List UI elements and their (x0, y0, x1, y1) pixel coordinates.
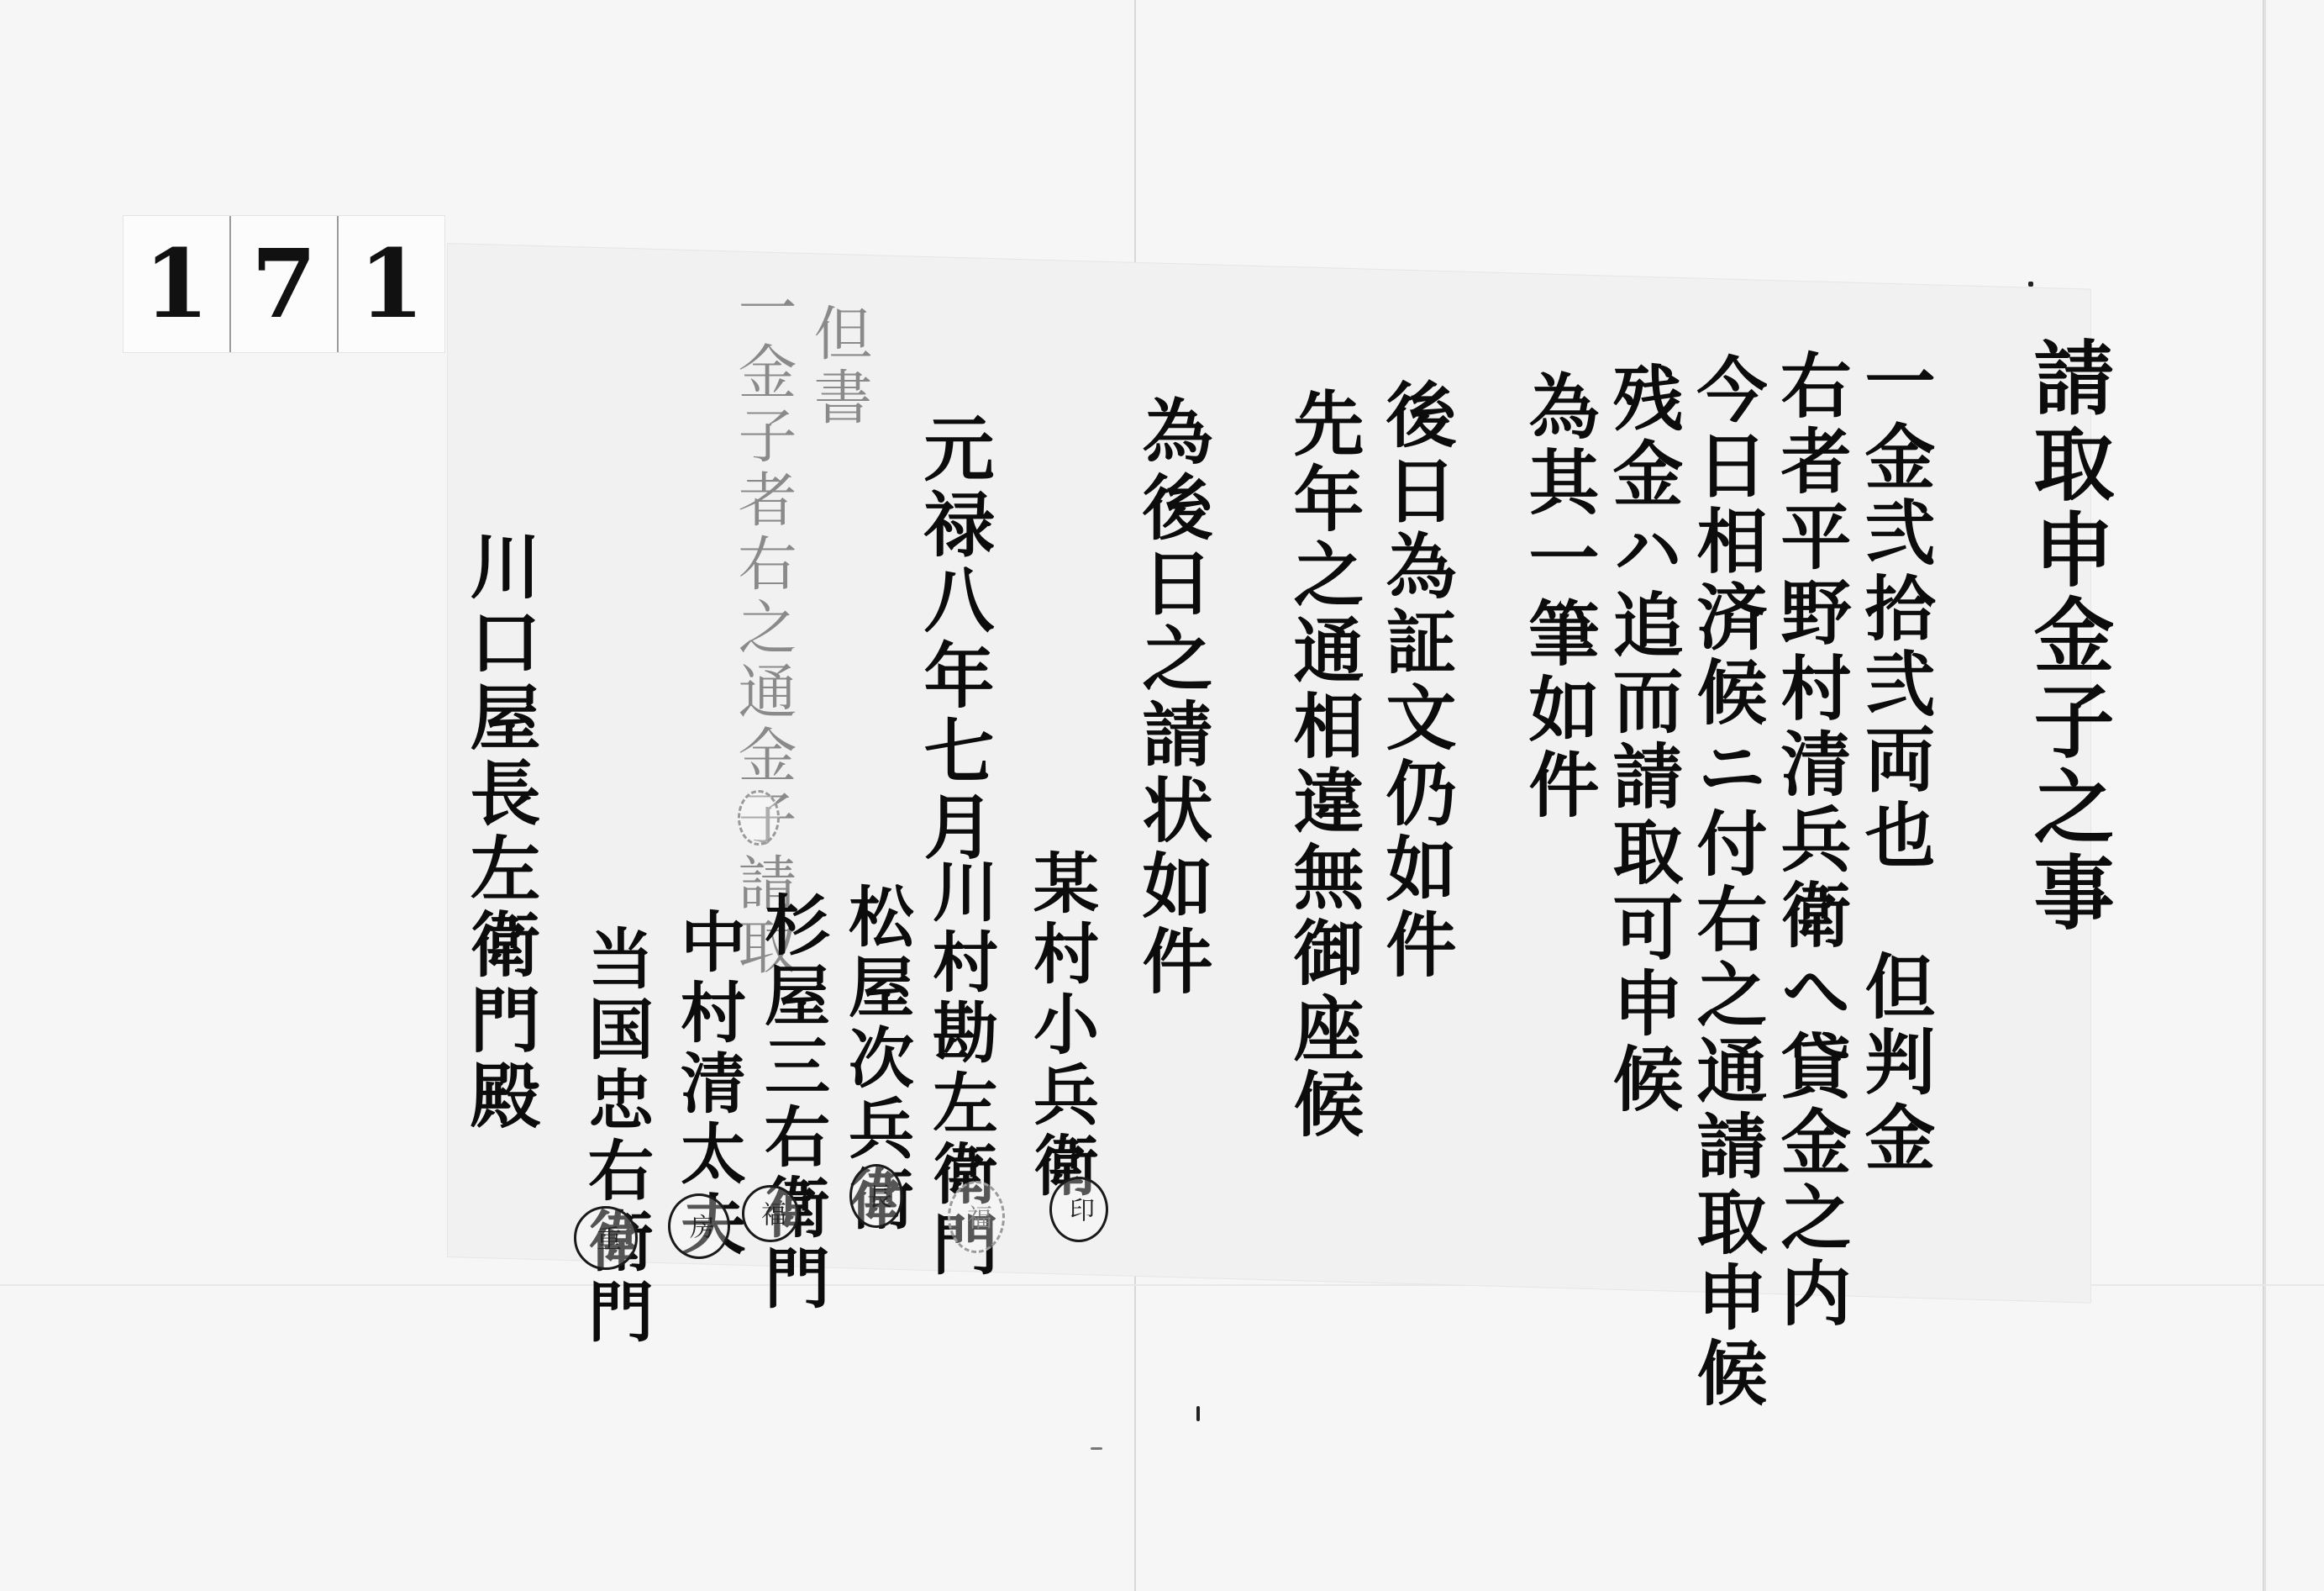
body-line: 今日相済候ニ付右之通請取申候 (1691, 353, 1762, 1412)
body-line: 先年之通相違無御座候 (1288, 387, 1359, 1143)
document-title: 請取申金子之事 (2027, 336, 2108, 936)
ink-speck (2028, 282, 2033, 287)
body-line: 後日為証文仍如件 (1380, 378, 1451, 983)
body-line: 残金ハ追而請取可申候 (1607, 361, 1678, 1118)
seal-stamp: 房 (668, 1193, 730, 1259)
seal-glyph: 福 (758, 1201, 783, 1226)
catalog-number-label: 1 7 1 (123, 215, 445, 353)
faint-annotation: 但書 (809, 303, 868, 430)
signatory-name: 当国忠右衛門 (582, 925, 648, 1348)
document-sheet: 請取申金子之事 一金弐拾弐両也 但判金 右者平野村清兵衛へ貸金之内 今日相済候ニ… (448, 244, 2090, 1303)
seal-stamp: 福 (742, 1185, 799, 1242)
date-line: 元禄八年七月 (918, 412, 989, 866)
faint-annotation: 一金子者右之通金子請取 (733, 277, 792, 980)
body-line: 一金弐拾弐両也 但判金 (1859, 345, 1930, 1177)
seal-glyph: 長 (864, 1183, 889, 1209)
document-content: 請取申金子之事 一金弐拾弐両也 但判金 右者平野村清兵衛へ貸金之内 今日相済候ニ… (448, 244, 2090, 1256)
catalog-digit: 1 (339, 216, 444, 352)
seal-glyph: 印 (1066, 1197, 1091, 1222)
addressee: 川口屋長左衛門殿 (465, 529, 535, 1135)
catalog-digit: 7 (231, 216, 339, 352)
catalog-digit: 1 (124, 216, 231, 352)
page-edge-line (2263, 0, 2266, 1591)
ink-speck (1196, 1406, 1200, 1421)
seal-stamp: 長 (849, 1164, 903, 1228)
body-line: 為其一筆如件 (1523, 370, 1594, 824)
seal-stamp: 重 (574, 1206, 638, 1270)
seal-glyph: 重 (593, 1225, 618, 1251)
signatory-name: 某村小兵衛 (1028, 849, 1093, 1202)
body-line: 為後日之請状如件 (1137, 395, 1207, 1000)
seal-stamp: 福 (948, 1181, 1005, 1253)
seal-glyph: 房 (686, 1214, 712, 1239)
seal-glyph: 福 (964, 1204, 989, 1230)
body-line: 右者平野村清兵衛へ貸金之内 (1775, 349, 1846, 1332)
signatory-name: 杉屋三右衛門 (759, 891, 824, 1314)
ink-speck (1091, 1447, 1102, 1450)
seal-stamp: 印 (1049, 1177, 1108, 1242)
faint-seal-stamp (738, 790, 780, 846)
